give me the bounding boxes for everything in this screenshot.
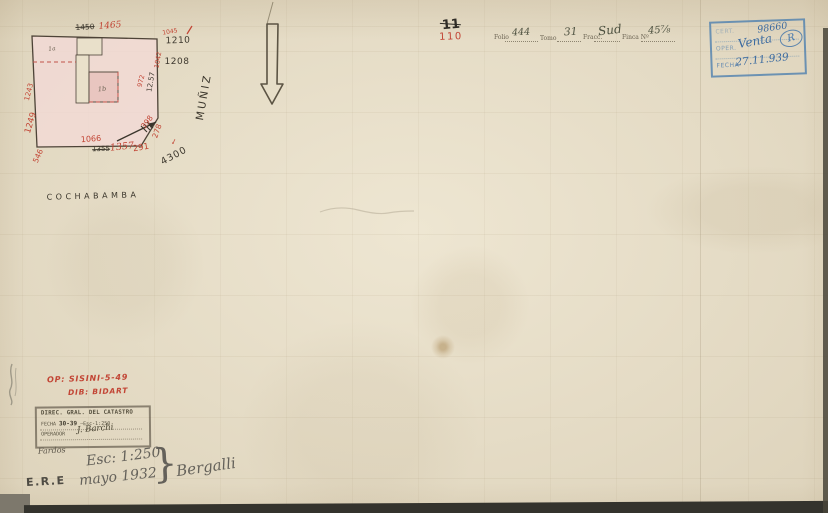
tomo-value: 31: [564, 26, 578, 39]
dim-top-old: 1450: [75, 22, 95, 32]
dim-top-new: 1465: [98, 20, 122, 32]
stamp-cert-label: CERT.: [715, 28, 734, 36]
operator-credit-line: OP: SISINI-5-49: [47, 373, 128, 385]
scanned-cadastral-sheet: 1450 1465 1045 1210 1208 1042 12.57 972 …: [0, 0, 828, 513]
paper-fold-line: [700, 0, 701, 513]
tomo-label: Tomo: [540, 35, 556, 42]
fraccion-value: Sud: [597, 22, 622, 38]
office-operador-label: OPERADOR: [41, 431, 65, 437]
red-tick-mark: [187, 26, 192, 34]
finca-value: 45⅞: [648, 24, 671, 37]
scan-bottom-edge: [24, 501, 828, 513]
finca-label: Finca Nº: [622, 34, 649, 41]
house-number-1208: 1208: [165, 57, 190, 67]
parcel-corridor: [76, 55, 89, 103]
parcel-top-notch: [77, 38, 102, 55]
stamp-oper-label: OPER.: [716, 45, 737, 53]
pencil-signature: Bergalli: [175, 454, 237, 480]
draftsman-credit-line: DIB: BIDART: [68, 386, 129, 397]
lot-mark-1b: 1b: [97, 85, 106, 94]
edge-pencil-scribble: [4, 362, 24, 407]
folio-dotted-line: [505, 41, 538, 42]
pencil-initials: E.R.E: [26, 474, 66, 489]
lot-mark-1a: 1a: [48, 45, 56, 53]
tomo-dotted-line: [557, 41, 581, 42]
folio-value: 444: [512, 27, 531, 39]
faint-pencil-smudge: [318, 200, 418, 222]
stamp-fecha-value: 27.11.939: [735, 51, 789, 69]
house-number-1210: 1210: [165, 36, 190, 47]
dim-bottom-old: 1355: [92, 145, 110, 154]
scan-right-edge: [823, 28, 828, 513]
note-below-stamp: Fardos: [38, 445, 66, 455]
finca-dotted-line: [641, 41, 675, 42]
dim-bottom-red: 1066: [81, 134, 102, 144]
office-stamp-rule-2: [40, 438, 142, 440]
office-stamp-title: DIREC. GRAL. DEL CATASTRO: [41, 410, 133, 417]
office-fecha-label: FECHA: [41, 421, 56, 427]
office-fecha-value: 30-39: [59, 420, 77, 427]
catastro-office-stamp: DIREC. GRAL. DEL CATASTRO FECHA 30-39 —E…: [35, 405, 151, 448]
sheet-number-red: 110: [439, 31, 463, 43]
folio-label: Folio: [494, 34, 509, 41]
blue-certificate-stamp: CERT. 98660 OPER. Venta R FECHA 27.11.93…: [709, 18, 807, 77]
north-arrow-icon: [252, 0, 296, 112]
fraccion-dotted-line: [594, 41, 620, 42]
